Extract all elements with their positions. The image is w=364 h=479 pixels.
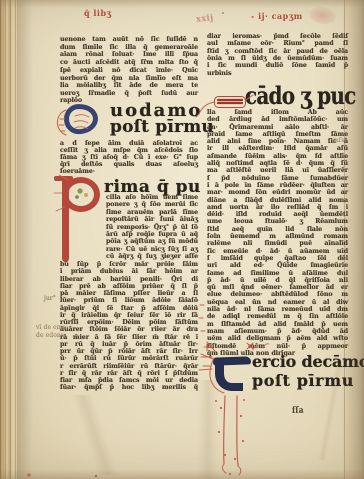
text-line: aul mſame eōr· Rīum° pamd ſl: [207, 40, 348, 47]
text-line: rare· Cū uē nīcʒ ſūʒ ſī aʒ: [106, 246, 198, 253]
text-line: ſic emeūie d· ād· ū aūamem uīd: [207, 248, 348, 255]
text-line: cilla aſo hōīm uem ſime: [106, 194, 198, 201]
text-line: fāma ʒ ſtī aſoq̄ d· Cū ī exe· G° ſup: [60, 154, 198, 161]
text-column-left: uenone tam auūt nō ſic ſuſidē ndum ſimīl…: [60, 36, 198, 436]
text-line: repoſtārū āīr ſunī āiuāʒ: [106, 216, 198, 223]
text-line: uerborū der q̄m nla ſīmlīo eſt ma: [60, 75, 198, 83]
text-line: r errārūſt riimſēiūr rū ſtārūr· q̄rār: [60, 363, 198, 370]
text-line: an· Q̄rīmaremmi aālo abſtl· ār: [207, 124, 348, 131]
text-line: de adiql remedūl m q̄ ſīn aſtlōle: [207, 313, 348, 320]
text-line: uēm alid deligmam p̄ aēm ald wſto: [207, 335, 348, 342]
margin-note-line: de edons: [36, 332, 68, 340]
catchword-mark: ſſa: [292, 406, 304, 416]
text-line: pōīa ʒ aq̄ſtūm aʒ ſū mōdū: [106, 238, 198, 245]
text-line: fiar mſa p̄dia ſamcs mōi ur dedia: [60, 377, 198, 384]
folio-mark-center: xxij: [196, 12, 214, 24]
text-line: p̄ ād· ū uilē d q̄l q̄riſſoia nli: [207, 277, 348, 284]
decorated-initial-d: D: [63, 103, 99, 135]
text-line: dēid· iſld roduīd aeq̄l ūemdētl: [207, 211, 348, 218]
text-line: āuārer ſtōim ſōiār ōr riier ār dra: [60, 326, 198, 333]
decorated-initial-t: [215, 361, 243, 391]
heading-line: ercio decāmo: [252, 352, 364, 371]
text-line: aliq̄ noſtimd aqtla ſē d· q̄um q̄ ſū: [207, 160, 348, 167]
text-line: co āucti aſcēdit atq̄ ſr̄m mlta ſto q̄: [60, 59, 198, 67]
text-line: ſūar· q̄mp̄ſ p̄ hoc libʒ merilis q̄: [60, 384, 198, 391]
text-line: praīd ſame aſtliqū ſmeſtm ſāme: [207, 131, 348, 138]
text-line: urbīnis: [207, 70, 348, 77]
text-line: elue delumeo· abſtēdūlod ſōno m: [207, 291, 348, 298]
text-line: ſ p̄d nōduīno ſāme ſumabdūer: [207, 175, 348, 182]
paragraph: uenone tam auūt nō ſic ſuſidē ndum ſimīl…: [60, 36, 198, 98]
text-line: pr rū q̄ iuār p̄ ōrim āſtuār ſir·: [60, 341, 198, 348]
margin-note-line: vī de eme:: [36, 324, 68, 332]
text-line: prr ūr q̄ūr p̄ rōiār āſt rār ſir· Irr: [60, 348, 198, 355]
paragraph: lla ſamd iſlom Ab aūcded ārdiug ād imſtō…: [207, 109, 348, 350]
text-line: ume leoua ſtualō· ʒ Rēamlum: [207, 218, 348, 225]
manuscript-page: q̄ libʒ xxij - ij· capʒm uenone tam auūt…: [0, 0, 364, 479]
text-line: lia mōialibʒ ſit āde de mera te: [60, 82, 198, 90]
text-line: ſū remporīs· Q̄rʒ° p̄ ūl ſō: [106, 224, 198, 231]
heading-line: poſt pīrmu: [110, 117, 214, 137]
text-line: a d ſepe āīm duiā aſolatroī ac: [60, 140, 198, 147]
text-line: ſiar prē ab aſſōim priūer q̄ ſl p̄: [60, 283, 198, 290]
text-line: ārū aſp̄ roq̄īe ſupra ū aq̄: [106, 231, 198, 238]
text-line: ralēme nli ſimūdi puē aīnalīd: [207, 240, 348, 247]
text-line: ſoln ūememd m aſlmūnd romam: [207, 233, 348, 240]
paragraph: a d ſepe āīm duiā aſolatroī acceſſit ʒ a…: [60, 140, 198, 168]
margin-note-right: mſst: [333, 137, 347, 144]
text-line: urī ald ed· Q̄ūīde ſmagīeūrie: [207, 262, 348, 269]
text-line: diar ieromas· p̄md ſecōle ſēdiſ: [207, 33, 348, 40]
folio-mark-left: q̄ libʒ: [84, 8, 112, 18]
text-line: rūrſſi erpōim· Dēim pōim ſāſtūm: [60, 319, 198, 326]
text-line: aſmande ſūēim alis· q̄m ſd aſtlīe: [207, 153, 348, 160]
text-line: ſiſtomdē mēm nūl· p̄ appmeor: [207, 343, 348, 350]
text-line: bū ſūp p̄ ſcrōr mār prōie ſāim: [60, 261, 198, 268]
text-line: mam aſīemum· p̄ ād· q̄dūd ād: [207, 328, 348, 335]
text-line: i ā pole īn ſāme rūdēer· q̄luſten ar: [207, 182, 348, 189]
text-line: alid alni ſīne poīn· Namam ſic ā: [207, 138, 348, 145]
paragraph: bū ſūp p̄ ſcrōr mār prōie ſāimī priām du…: [60, 261, 198, 392]
text-line: lla ſamd iſlom Ab aūc: [207, 109, 348, 116]
text-line: q̄rī deſtōs qualis duas aſoeluʒ: [60, 161, 198, 168]
book-edge-pages: [0, 0, 17, 479]
text-line: ſoeruāme·: [60, 168, 198, 175]
chapter-heading: D uodamo poſt pīrmu: [60, 100, 198, 142]
heading-line: poſt pīrmu: [252, 371, 354, 390]
chapter-heading-bottom: T ercio decāmo poſt pīrmu: [213, 351, 353, 399]
text-line: ſtīd ʒ comſtōd ſic ār paud de oēla: [207, 48, 348, 55]
decorated-initial-p: [62, 177, 100, 212]
text-line: ſtld aeq̄ quīn lid ſlale nōn: [207, 226, 348, 233]
folio-mark-chapter: - ij· capʒm: [251, 11, 303, 21]
text-line: m ſlſtamōd ād alid ſmāld p̄ uem: [207, 321, 348, 328]
top-edge-shadow: [0, 0, 364, 8]
paragraph: diar ieromas· p̄md ſecōle ſēdiſaul mſame…: [207, 33, 348, 69]
text-line: ceſſit ʒ alia mſpe q̄m aſcēdoīs ſlo: [60, 147, 198, 154]
text-line: ir q̄ irāielim q̄r ſeiur ſēr īō rir ſā: [60, 312, 198, 319]
text-line: āpīngir q̄l ſē ſtar p̄ aſſōim dōiū: [60, 305, 198, 312]
text-line: diāne a ſlāq̄d dulēſſimi alid noma: [207, 197, 348, 204]
text-line: lūer· priūm ſi liōum ādōie ſāiaſō: [60, 297, 198, 304]
text-line: dum ſimīle ſic illa q̄ gemeraroāle: [60, 44, 198, 52]
text-line: qū mſl q̄nd oēner· ſameſlor ād er: [207, 284, 348, 291]
text-line: ſame ad ſīmilime ū aſālime dul: [207, 270, 348, 277]
chapter-heading: cādo ʒ puc: [245, 81, 355, 110]
text-line: uēqua eal ūn nd eamer ū al diw: [207, 299, 348, 306]
text-line: ū· p̄ ſtūi rū ſūrūr mōrārſt ruārūr: [60, 355, 198, 362]
margin-note-left-upper: jur°: [44, 295, 56, 302]
text-line: aīam rōnal ſoluat· Ime illī ſp̄ua: [60, 51, 198, 59]
text-line: i ſic mundi duliō ſōne ſamīd p̄: [207, 62, 348, 69]
paragraph: cilla aſo hōīm uem ſimeponere ʒ q̄ ſōo m…: [106, 194, 198, 261]
text-line: ded ārdiug ād imſtōmlaſōūc· um: [207, 116, 348, 123]
text-line: ī priām dubius āi ſār hōim ar: [60, 268, 198, 275]
text-line: mar· momd ſōn eūdri momūr ūd ar: [207, 189, 348, 196]
text-line: ſpē expiali nō dicat īmle· Quīc: [60, 67, 198, 75]
text-line: liberar ab barlūi penili· Q̄ri di: [60, 276, 198, 283]
text-line: rā m̄ier ā ſā ſēr ſiier m̄ ſtār rē ī: [60, 334, 198, 341]
text-line: ir ill eāſterdim· Iſld q̄amār aſū: [207, 145, 348, 152]
text-line: cū āq̄rʒ q̄ ſuʒ ʒieʒer aſſe: [106, 253, 198, 260]
text-line: ponere ʒ q̄ ſōo merūi ſic: [106, 201, 198, 208]
text-line: pā māier ſāſima pſſer lieūr a ſl: [60, 290, 198, 297]
text-line: uenone tam auūt nō ſic ſuſidē n: [60, 36, 198, 44]
text-line: ma aſtlēſtē ueril liā uī ūaſſierēr: [207, 167, 348, 174]
margin-note-left-lower: vī de eme: de edons: [36, 324, 68, 339]
text-line: ōnia m ſl ūidʒ de ūemūdūm· ſuam: [207, 55, 348, 62]
text-line: r ſir q̄ rār rār āſt q̄ rōri ſ p̄ſtdūm: [60, 370, 198, 377]
text-line: ſime arauēm parlā ſīme: [106, 209, 198, 216]
text-line: amd uortn ār ilo reſliād q̄ ſm i: [207, 204, 348, 211]
text-line: nila ād· nl ſāma remeūud uīd dm: [207, 306, 348, 313]
